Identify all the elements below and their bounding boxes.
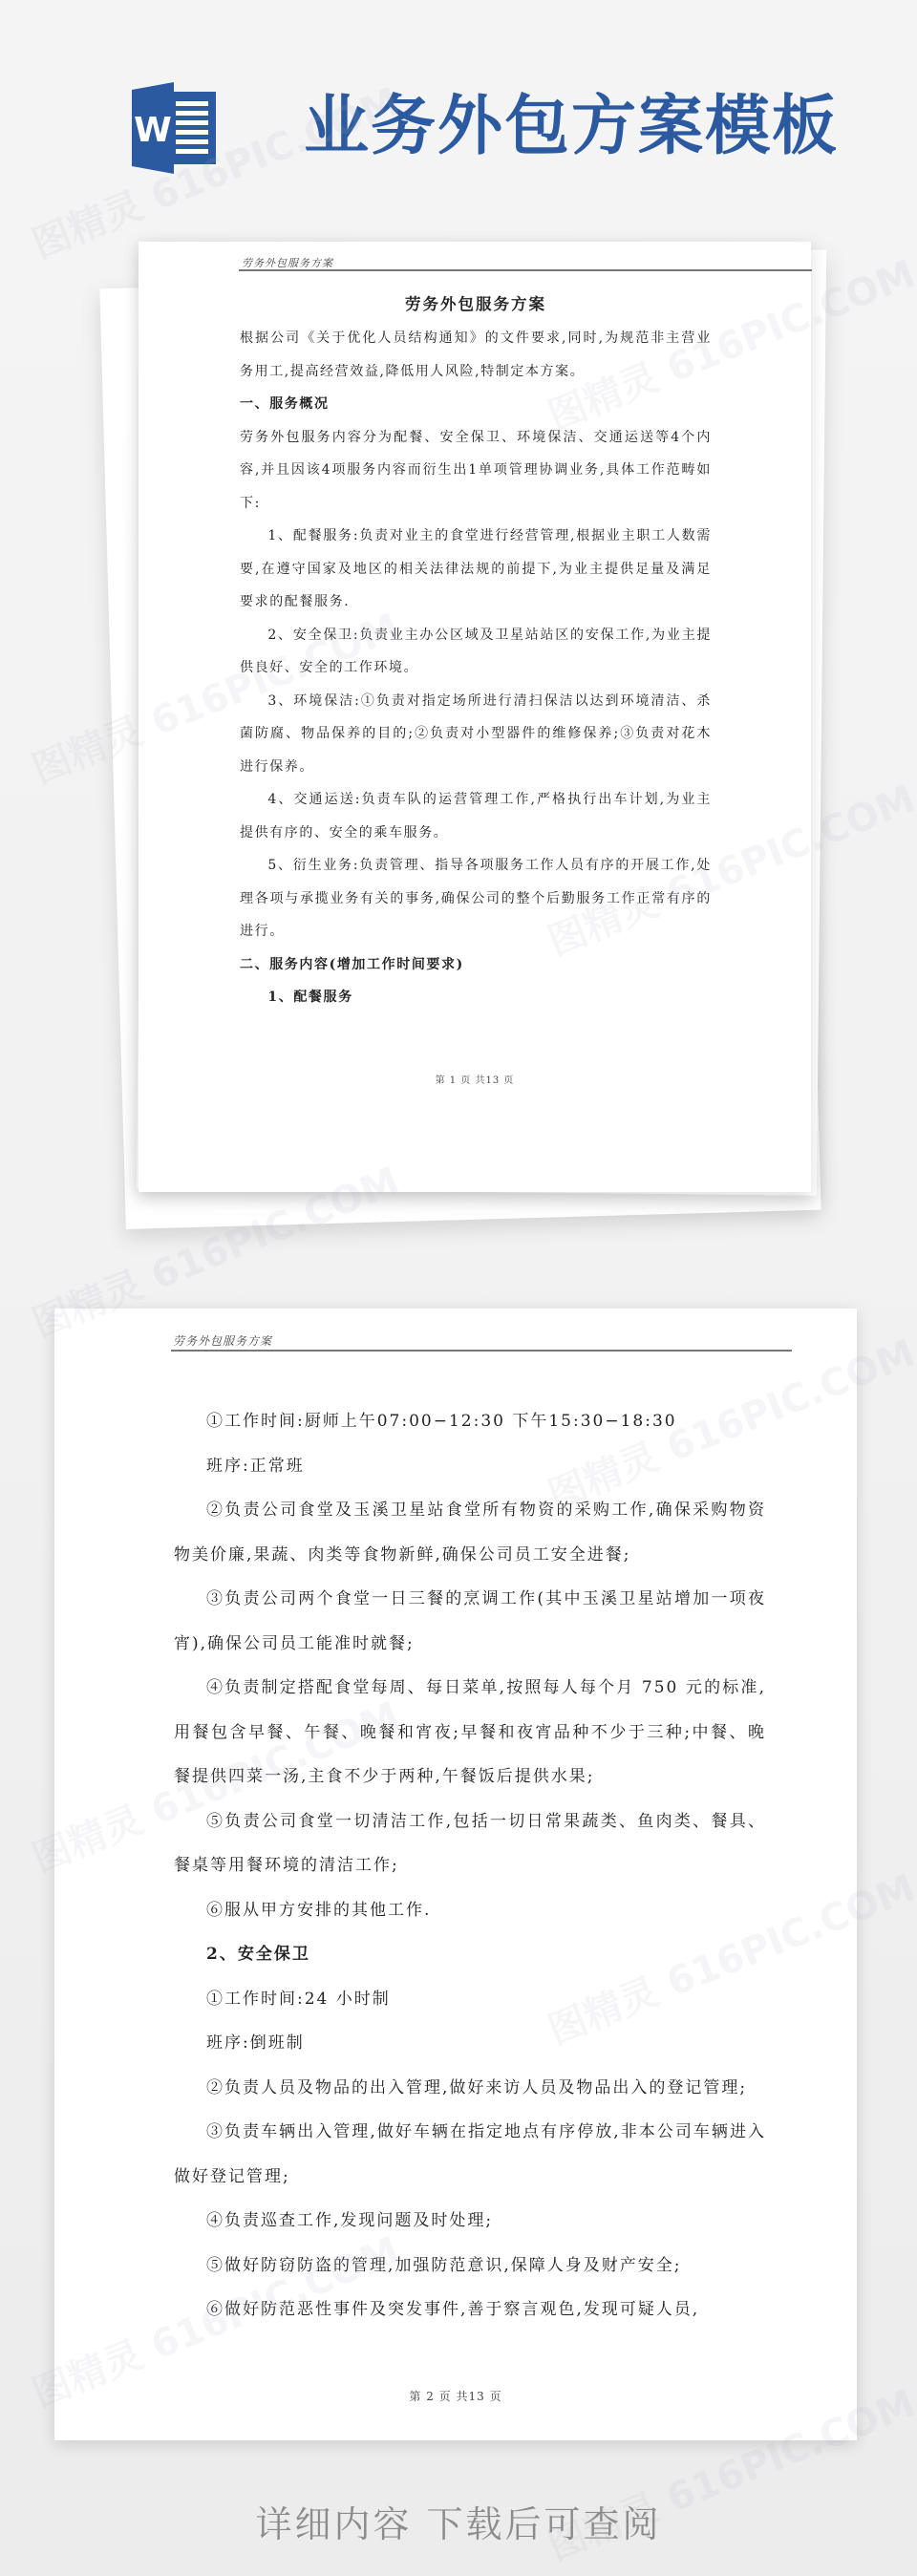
- subsection-heading: 2、安全保卫: [174, 1932, 766, 1977]
- paragraph: 5、衍生业务:负责管理、指导各项服务工作人员有序的开展工作,处理各项与承揽业务有…: [240, 849, 712, 948]
- word-document-icon: W: [128, 80, 224, 176]
- page-number: 第 1 页 共13 页: [139, 1072, 811, 1086]
- section-heading: 二、服务内容(增加工作时间要求): [240, 948, 712, 982]
- header-rule: [171, 1350, 792, 1352]
- paragraph: ⑤做好防窃防盗的管理,加强防范意识,保障人身及财产安全;: [174, 2244, 766, 2289]
- paragraph: ②负责人员及物品的出入管理,做好来访人员及物品出入的登记管理;: [174, 2066, 766, 2111]
- paragraph: 班序:倒班制: [174, 2021, 766, 2066]
- paragraph: 4、交通运送:负责车队的运营管理工作,严格执行出车计划,为业主提供有序的、安全的…: [240, 783, 712, 849]
- paragraph: 劳务外包服务内容分为配餐、安全保卫、环境保洁、交通运送等4个内容,并且因该4项服…: [240, 421, 712, 521]
- paragraph: ⑥服从甲方安排的其他工作.: [174, 1888, 766, 1933]
- running-head: 劳务外包服务方案: [173, 1332, 272, 1349]
- paragraph: ⑤负责公司食堂一切清洁工作,包括一切日常果蔬类、鱼肉类、餐具、餐桌等用餐环境的清…: [174, 1799, 766, 1888]
- download-caption: 详细内容 下载后可查阅: [0, 2495, 917, 2547]
- svg-text:W: W: [134, 111, 172, 150]
- paragraph: ③负责公司两个食堂一日三餐的烹调工作(其中玉溪卫星站增加一项夜宵),确保公司员工…: [174, 1577, 766, 1666]
- paragraph: ①工作时间:24 小时制: [174, 1977, 766, 2022]
- paragraph: ④负责巡查工作,发现问题及时处理;: [174, 2199, 766, 2244]
- paragraph: ⑥做好防范恶性事件及突发事件,善于察言观色,发现可疑人员,: [174, 2288, 766, 2332]
- section-heading: 一、服务概况: [240, 388, 712, 421]
- paragraph: 班序:正常班: [174, 1444, 766, 1489]
- subsection-heading: 1、配餐服务: [240, 981, 712, 1014]
- banner-title: 业务外包方案模板: [304, 88, 839, 164]
- header-rule: [239, 269, 812, 271]
- paragraph: 3、环境保洁:①负责对指定场所进行清扫保洁以达到环境清洁、杀菌防腐、物品保养的目…: [240, 685, 712, 784]
- page-1-body: 劳务外包服务方案 根据公司《关于优化人员结构通知》的文件要求,同时,为规范非主营…: [240, 295, 712, 1014]
- banner: W 业务外包方案模板: [0, 0, 917, 220]
- page-number: 第 2 页 共13 页: [54, 2388, 857, 2404]
- paragraph: 1、配餐服务:负责对业主的食堂进行经营管理,根据业主职工人数需要,在遵守国家及地…: [240, 520, 712, 619]
- document-title: 劳务外包服务方案: [240, 295, 712, 314]
- document-page-2: 劳务外包服务方案 ①工作时间:厨师上午07:00−12:30 下午15:30−1…: [54, 1309, 857, 2440]
- paragraph: ②负责公司食堂及玉溪卫星站食堂所有物资的采购工作,确保采购物资物美价廉,果蔬、肉…: [174, 1488, 766, 1577]
- paragraph: 根据公司《关于优化人员结构通知》的文件要求,同时,为规范非主营业务用工,提高经营…: [240, 322, 712, 388]
- paragraph: ③负责车辆出入管理,做好车辆在指定地点有序停放,非本公司车辆进入做好登记管理;: [174, 2110, 766, 2199]
- paragraph: ①工作时间:厨师上午07:00−12:30 下午15:30−18:30: [174, 1399, 766, 1444]
- running-head: 劳务外包服务方案: [242, 255, 333, 270]
- paragraph: 2、安全保卫:负责业主办公区域及卫星站站区的安保工作,为业主提供良好、安全的工作…: [240, 619, 712, 685]
- document-page-1: 劳务外包服务方案 劳务外包服务方案 根据公司《关于优化人员结构通知》的文件要求,…: [139, 242, 811, 1192]
- paragraph: ④负责制定搭配食堂每周、每日菜单,按照每人每个月 750 元的标准,用餐包含早餐…: [174, 1666, 766, 1799]
- page-2-body: ①工作时间:厨师上午07:00−12:30 下午15:30−18:30 班序:正…: [174, 1399, 766, 2332]
